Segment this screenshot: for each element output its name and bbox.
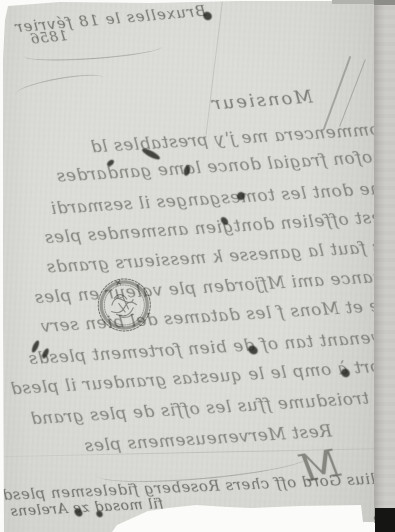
page-edge-dark-cap (374, 0, 395, 5)
heading-year: 1856 (29, 28, 68, 48)
background-corner (375, 508, 395, 532)
pen-flourish (339, 59, 366, 127)
page-edge-shadow (332, 0, 374, 4)
scanned-letter-page: Bruxelles le 18 février 1856 Monsieur Lo… (0, 0, 395, 532)
pen-flourish (15, 70, 104, 100)
pen-flourish (323, 56, 352, 130)
page-edge-strip (374, 0, 395, 523)
paper-sheet: Bruxelles le 18 février 1856 Monsieur Lo… (0, 0, 395, 532)
salutation-line: Monsieur (209, 86, 313, 114)
